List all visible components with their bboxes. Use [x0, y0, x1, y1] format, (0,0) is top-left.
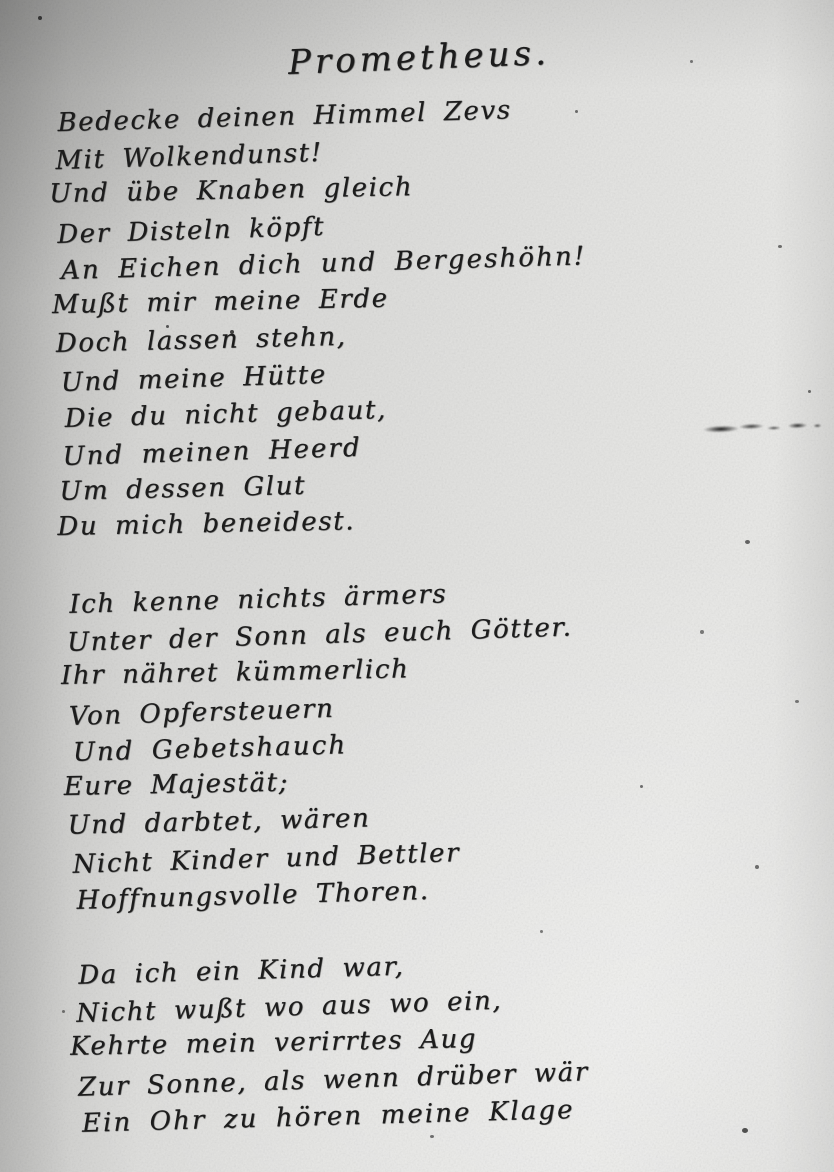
poem-title: Prometheus.: [287, 33, 550, 83]
paper-speck: [690, 60, 693, 63]
handwriting-block: Bedecke deinen Himmel Zevs Mit Wolkendun…: [50, 86, 795, 1141]
paper-speck: [808, 390, 811, 393]
ink-smudge: [692, 417, 824, 438]
manuscript-page: Prometheus. Bedecke deinen Himmel Zevs M…: [0, 0, 834, 1172]
stanza-1: Bedecke deinen Himmel Zevs Mit Wolkendun…: [50, 86, 781, 547]
stanza-3: Da ich ein Kind war, Nicht wußt wo aus w…: [71, 939, 795, 1142]
paper-speck: [62, 1010, 65, 1013]
paper-speck: [778, 245, 782, 248]
paper-speck: [742, 1128, 748, 1133]
paper-speck: [430, 1135, 434, 1138]
paper-speck: [38, 16, 42, 20]
paper-speck: [795, 700, 799, 703]
stanza-2: Ich kenne nichts ärmers Unter der Sonn a…: [62, 568, 790, 918]
